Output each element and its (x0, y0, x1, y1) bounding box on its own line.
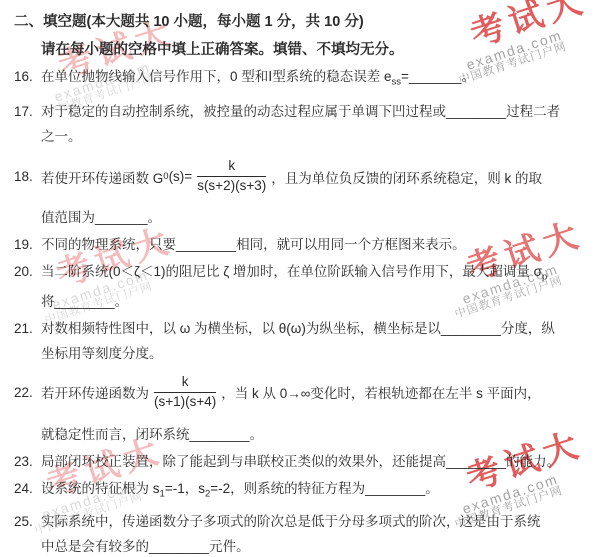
question-line: 中总是会有较多的________元件。 (14, 534, 599, 557)
question-line: 就稳定性而言，闭环系统________。 (14, 422, 599, 447)
question-18: 18.若使开环传递函数 G0(s)=ks(s+2)(s+3)，且为单位负反馈的闭… (14, 153, 599, 230)
question-line: 23.局部闭环校正装置，除了能起到与串联校正类似的效果外，还能提高_______… (14, 449, 599, 474)
question-text: 对数相频特性图中，以 ω 为横坐标，以 θ(ω)为纵坐标，横坐标是以______… (41, 321, 555, 336)
question-line: 18.若使开环传递函数 G0(s)=ks(s+2)(s+3)，且为单位负反馈的闭… (14, 153, 599, 201)
fraction-numerator: k (197, 158, 266, 177)
question-line: 17.对于稳定的自动控制系统，被控量的动态过程应属于单调下凹过程或_______… (14, 99, 599, 124)
transfer-function-fraction: ks(s+2)(s+3) (197, 158, 266, 195)
question-number: 24. (14, 476, 41, 501)
question-number: 22. (14, 385, 41, 400)
question-number: 25. (14, 509, 41, 534)
fraction-denominator: s(s+2)(s+3) (197, 177, 266, 195)
question-24: 24.设系统的特征根为 s1=-1，s2=-2，则系统的特征方程为_______… (14, 476, 599, 507)
question-19: 19.不同的物理系统，只要________相同，就可以用同一个方框图来表示。 (14, 232, 599, 257)
exam-paper: 考试大 examda.com 中国教育考试门户网 考试大 examda.com … (0, 0, 605, 557)
question-17: 17.对于稳定的自动控制系统，被控量的动态过程应属于单调下凹过程或_______… (14, 99, 599, 149)
question-text: 若开环传递函数为 (41, 382, 149, 402)
question-text: 若使开环传递函数 G (41, 167, 163, 187)
fraction-numerator: k (154, 374, 216, 393)
question-text: 对于稳定的自动控制系统，被控量的动态过程应属于单调下凹过程或________过程… (41, 104, 560, 119)
question-number: 17. (14, 99, 41, 124)
question-line: 24.设系统的特征根为 s1=-1，s2=-2，则系统的特征方程为_______… (14, 476, 599, 507)
subscript: ss (392, 77, 402, 88)
question-line: 之一。 (14, 124, 599, 149)
question-line: 25.实际系统中，传递函数分子多项式的阶次总是低于分母多项式的阶次，这是由于系统 (14, 509, 599, 534)
question-22: 22.若开环传递函数为k(s+1)(s+4)，当 k 从 0→∞变化时，若根轨迹… (14, 368, 599, 447)
question-number: 20. (14, 259, 41, 284)
question-16: 16.在单位抛物线输入信号作用下，0 型和Ⅰ型系统的稳态误差 ess=_____… (14, 64, 599, 95)
document-body: 二、填空题(本大题共 10 小题，每小题 1 分，共 10 分) 请在每小题的空… (0, 0, 605, 557)
question-text: 不同的物理系统，只要________相同，就可以用同一个方框图来表示。 (41, 237, 466, 252)
question-line: 将________。 (14, 289, 599, 314)
question-text: =-1，s (165, 481, 205, 496)
question-21: 21.对数相频特性图中，以 ω 为横坐标，以 θ(ω)为纵坐标，横坐标是以___… (14, 316, 599, 366)
question-number: 23. (14, 449, 41, 474)
question-text: 实际系统中，传递函数分子多项式的阶次总是低于分母多项式的阶次，这是由于系统 (41, 514, 541, 529)
question-line: 19.不同的物理系统，只要________相同，就可以用同一个方框图来表示。 (14, 232, 599, 257)
question-text: 当二阶系统(0＜ζ＜1)的阻尼比 ζ 增加时，在单位阶跃输入信号作用下，最大超调… (41, 264, 542, 279)
question-23: 23.局部闭环校正装置，除了能起到与串联校正类似的效果外，还能提高_______… (14, 449, 599, 474)
question-text: ，当 k 从 0→∞变化时，若根轨迹都在左半 s 平面内， (221, 382, 540, 402)
question-25: 25.实际系统中，传递函数分子多项式的阶次总是低于分母多项式的阶次，这是由于系统… (14, 509, 599, 557)
transfer-function-fraction: k(s+1)(s+4) (154, 374, 216, 411)
question-text: ，且为单位负反馈的闭环系统稳定，则 k 的取 (271, 167, 542, 187)
question-number: 21. (14, 316, 41, 341)
question-line: 16.在单位抛物线输入信号作用下，0 型和Ⅰ型系统的稳态误差 ess=_____… (14, 64, 599, 95)
question-number: 16. (14, 64, 41, 89)
question-line: 坐标用等刻度分度。 (14, 341, 599, 366)
section-title: 二、填空题(本大题共 10 小题，每小题 1 分，共 10 分) (14, 8, 599, 36)
question-text: 局部闭环校正装置，除了能起到与串联校正类似的效果外，还能提高________的能… (41, 454, 560, 469)
subscript: p (542, 271, 547, 282)
question-line: 22.若开环传递函数为k(s+1)(s+4)，当 k 从 0→∞变化时，若根轨迹… (14, 368, 599, 416)
instructions: 请在每小题的空格中填上正确答案。填错、不填均无分。 (14, 36, 599, 64)
question-20: 20.当二阶系统(0＜ζ＜1)的阻尼比 ζ 增加时，在单位阶跃输入信号作用下，最… (14, 259, 599, 315)
question-line: 值范围为_______。 (14, 205, 599, 230)
question-text: =_______。 (401, 69, 475, 84)
fraction-denominator: (s+1)(s+4) (154, 393, 216, 411)
question-number: 19. (14, 232, 41, 257)
question-line: 20.当二阶系统(0＜ζ＜1)的阻尼比 ζ 增加时，在单位阶跃输入信号作用下，最… (14, 259, 599, 290)
question-text: 设系统的特征根为 s (41, 481, 160, 496)
question-line: 21.对数相频特性图中，以 ω 为横坐标，以 θ(ω)为纵坐标，横坐标是以___… (14, 316, 599, 341)
question-number: 18. (14, 169, 41, 184)
question-text: (s)= (169, 169, 193, 184)
question-text: 在单位抛物线输入信号作用下，0 型和Ⅰ型系统的稳态误差 e (41, 69, 392, 84)
question-text: =-2，则系统的特征方程为________。 (210, 481, 438, 496)
